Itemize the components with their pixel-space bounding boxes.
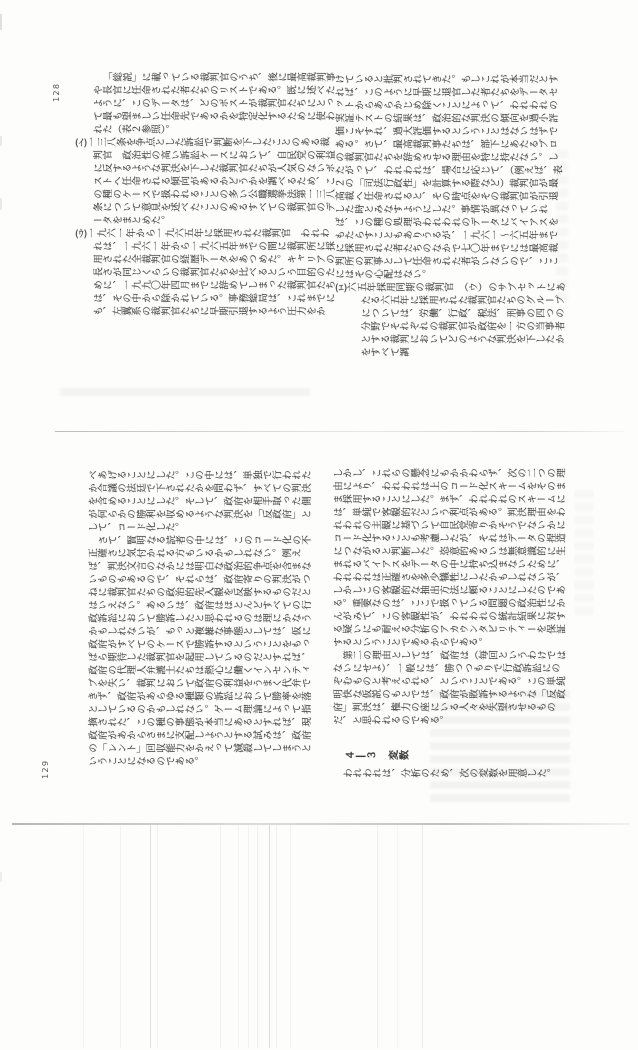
scan-crease-line [269,825,270,1048]
scan-crease-line [422,825,423,1048]
page-number-text: 129 [38,753,53,779]
bleed-through-ghost [60,388,310,401]
page-number-text: 128 [49,76,64,102]
paragraph-text: 六五年採用同期の裁判官 （ウ）のサブセットにあたる六五年に採用された裁判官たちの… [347,283,565,359]
list-item-paragraph: (ｴ)六五年採用同期の裁判官 （ウ）のサブセットにあたる六五年に採用された裁判官… [335,282,567,360]
item-marker: (ｲ) [75,138,87,149]
bleed-through-ghost [556,150,568,300]
list-item-paragraph: (ｳ)一九六一年から一九六五年に採用された裁判官 われわれは、一九六一年から一九… [93,228,338,319]
bleed-through-ghost [575,490,593,620]
page-edge-shadow [12,823,630,825]
bleed-through-ghost [430,690,570,805]
scan-crease-line [290,825,291,1048]
page-edge-shadow [55,431,625,432]
scan-crease-line [120,825,121,1048]
scan-crease-line [157,825,158,1048]
paragraph: けていると批判されてきた。もしこれが本当だとすれば、このように早期に退官した者た… [335,74,567,282]
paragraph: 「総説」に載っている裁判官のうち、後に最高裁判事や長官に任命された者たちのリスト… [93,72,338,137]
scanned-book-spread: { "pages": [ { "page_number": "128", "re… [0,0,638,1050]
item-marker: (ｳ) [75,229,87,240]
scan-crease-line [150,825,151,1048]
scan-crease-line [377,825,378,1048]
page-number: 129 [38,753,53,779]
paragraph: しかし、これらの懸念にもかかわらず、次の二つの理由により、われわれは上のコード化… [333,468,570,650]
paragraph: さて、賢明なる読者の中には、このコード化の不正確さに気付かれる方もいるかもしれな… [88,535,320,769]
scan-crease-line [83,825,84,1048]
text-register-lower: けていると批判されてきた。もしこれが本当だとすれば、このように早期に退官した者た… [335,74,567,378]
scan-edge-mark [0,198,2,210]
page-number: 128 [49,76,64,102]
scan-crease-line [397,825,398,1048]
scan-crease-line [248,825,249,1048]
paragraph-text: 一九六一年から一九六五年に採用された裁判官 われわれは、一九六一年から一九六五年… [87,229,335,318]
scan-crease-line [220,825,221,1048]
list-item-paragraph: (ｲ)一三八条を争点とした訴訟で判断を下したことのある裁判官 政治性の高い訴訟ケ… [93,137,338,228]
text-register-upper: べあげることにした。この中には、単独で行われたか合議の法廷で下されたかを問わず、… [88,470,320,770]
scan-edge-mark [0,136,2,146]
paragraph: べあげることにした。この中には、単独で行われたか合議の法廷で下されたかを問わず、… [88,470,320,535]
text-register-upper: 「総説」に載っている裁判官のうち、後に最高裁判事や長官に任命された者たちのリスト… [75,72,320,384]
scan-crease-line [276,825,277,1048]
item-marker: (ｴ) [335,283,347,294]
scan-edge-mark [0,14,2,30]
scan-crease-line [238,825,239,1048]
scan-edge-mark [0,872,2,882]
paragraph-text: 一三八条を争点とした訴訟で判断を下したことのある裁判官 政治性の高い訴訟ケースに… [87,138,335,227]
scan-crease-line [257,825,258,1048]
